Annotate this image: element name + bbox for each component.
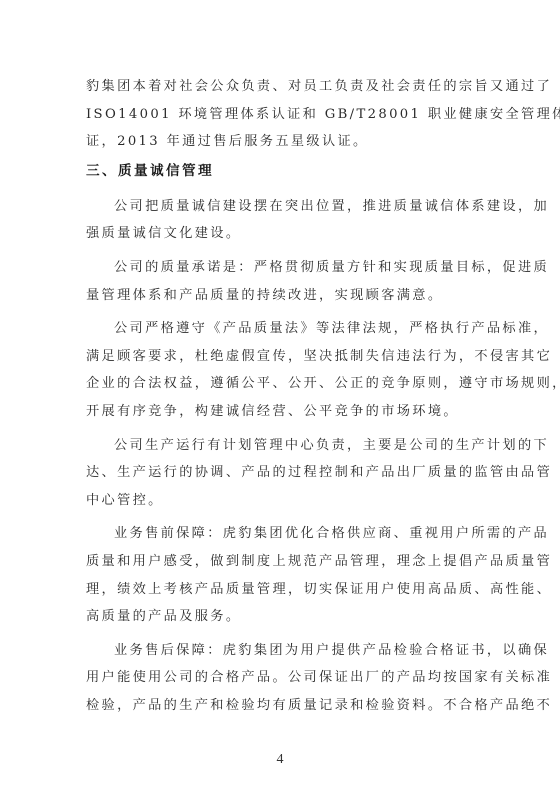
page-body: 豹集团本着对社会公众负责、对员工负责及社会责任的宗旨又通过了 ISO14001 …: [86, 73, 474, 719]
body-line: 证，2013 年通过售后服务五星级认证。: [86, 128, 474, 156]
body-line: 检验，产品的生产和检验均有质量记录和检验资料。不合格产品绝不: [86, 692, 474, 720]
body-line: 公司生产运行有计划管理中心负责，主要是公司的生产计划的下: [86, 432, 474, 460]
body-line: 量管理体系和产品质量的持续改进，实现顾客满意。: [86, 282, 474, 310]
paragraph-quality-integrity: 公司把质量诚信建设摆在突出位置，推进质量诚信体系建设，加 强质量诚信文化建设。: [86, 193, 474, 248]
body-line: 强质量诚信文化建设。: [86, 220, 474, 248]
body-line: 达、生产运行的协调、产品的过程控制和产品出厂质量的监管由品管: [86, 459, 474, 487]
body-line: 公司的质量承诺是：严格贯彻质量方针和实现质量目标，促进质: [86, 254, 474, 282]
body-line: 质量和用户感受，做到制度上规范产品管理，理念上提倡产品质量管: [86, 548, 474, 576]
page-number: 4: [0, 752, 560, 768]
body-line: 公司把质量诚信建设摆在突出位置，推进质量诚信体系建设，加: [86, 193, 474, 221]
body-line: 用户能使用公司的合格产品。公司保证出厂的产品均按国家有关标准: [86, 664, 474, 692]
paragraph-aftersales-assurance: 业务售后保障：虎豹集团为用户提供产品检验合格证书，以确保 用户能使用公司的合格产…: [86, 637, 474, 720]
body-line: 企业的合法权益，遵循公平、公开、公正的竞争原则，遵守市场规则，: [86, 370, 474, 398]
body-line: 理，绩效上考核产品质量管理，切实保证用户使用高品质、高性能、: [86, 576, 474, 604]
body-line: 中心管控。: [86, 487, 474, 515]
paragraph-production-management: 公司生产运行有计划管理中心负责，主要是公司的生产计划的下 达、生产运行的协调、产…: [86, 432, 474, 515]
paragraph-quality-commitment: 公司的质量承诺是：严格贯彻质量方针和实现质量目标，促进质 量管理体系和产品质量的…: [86, 254, 474, 309]
section-heading: 三、质量诚信管理: [86, 156, 474, 187]
body-line: 公司严格遵守《产品质量法》等法律法规，严格执行产品标准，: [86, 315, 474, 343]
body-line: 业务售后保障：虎豹集团为用户提供产品检验合格证书，以确保: [86, 637, 474, 665]
body-line: 业务售前保障：虎豹集团优化合格供应商、重视用户所需的产品: [86, 520, 474, 548]
body-line: ISO14001 环境管理体系认证和 GB/T28001 职业健康安全管理体系认: [86, 101, 474, 129]
document-page: 豹集团本着对社会公众负责、对员工负责及社会责任的宗旨又通过了 ISO14001 …: [0, 0, 560, 792]
body-line: 豹集团本着对社会公众负责、对员工负责及社会责任的宗旨又通过了: [86, 73, 474, 101]
body-line: 开展有序竞争，构建诚信经营、公平竞争的市场环境。: [86, 398, 474, 426]
paragraph-legal-compliance: 公司严格遵守《产品质量法》等法律法规，严格执行产品标准， 满足顾客要求，杜绝虚假…: [86, 315, 474, 425]
body-line: 满足顾客要求，杜绝虚假宣传，坚决抵制失信违法行为，不侵害其它: [86, 343, 474, 371]
paragraph-presales-assurance: 业务售前保障：虎豹集团优化合格供应商、重视用户所需的产品 质量和用户感受，做到制…: [86, 520, 474, 630]
body-line: 高质量的产品及服务。: [86, 603, 474, 631]
